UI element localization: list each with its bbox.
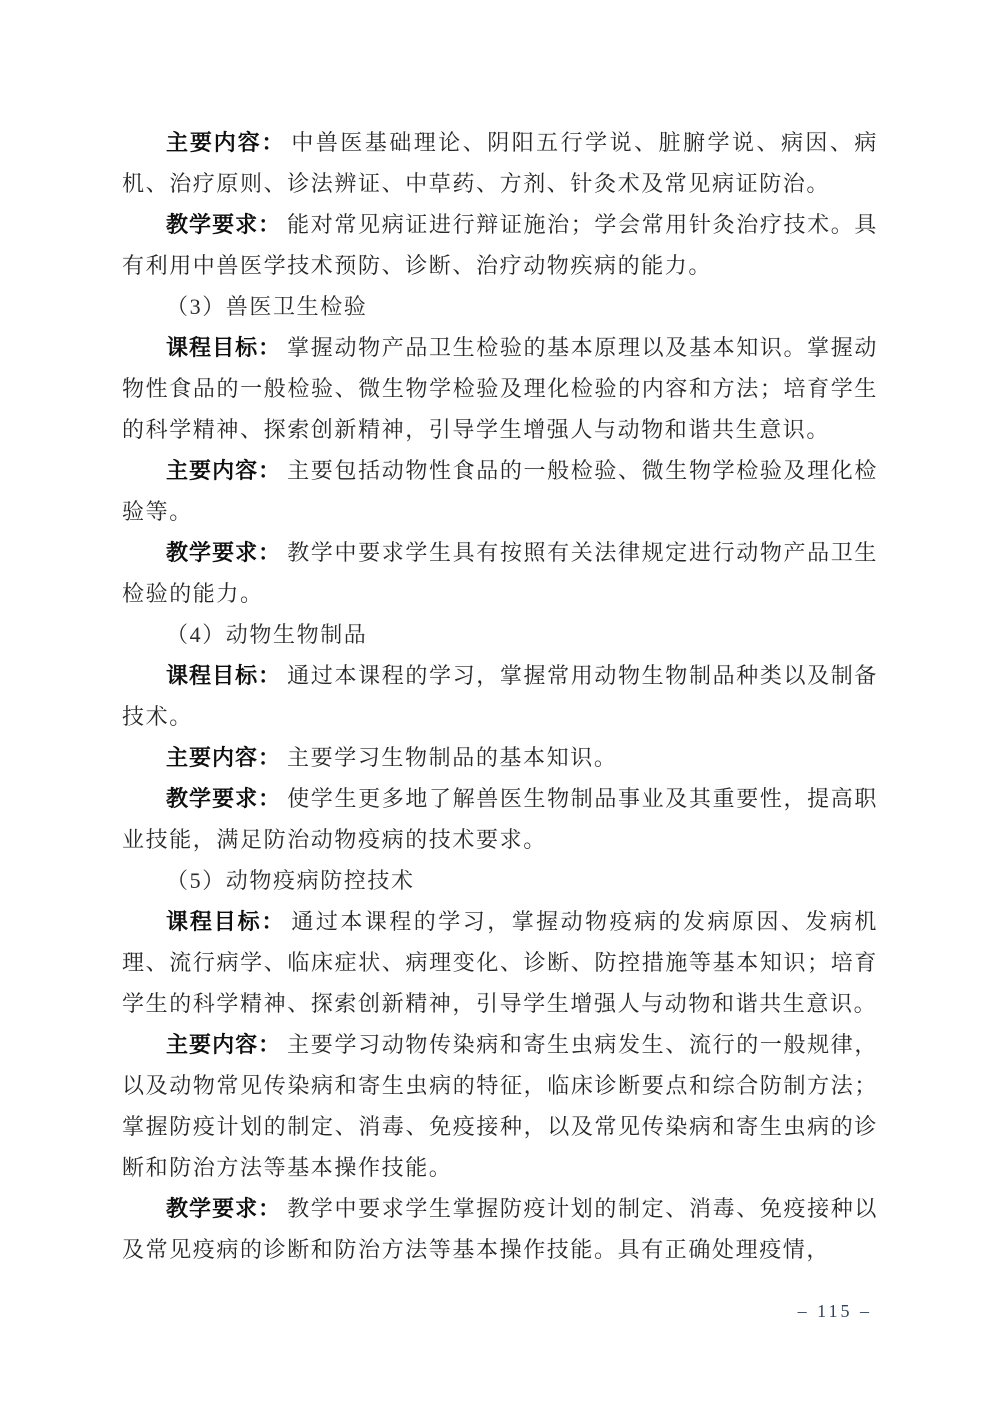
paragraph: 主要内容：主要包括动物性食品的一般检验、微生物学检验及理化检验等。 (122, 450, 878, 532)
paragraph: 课程目标：通过本课程的学习，掌握动物疫病的发病原因、发病机理、流行病学、临床症状… (122, 901, 878, 1024)
section-heading-text: （4）动物生物制品 (166, 622, 367, 647)
paragraph-label: 主要内容： (166, 458, 281, 483)
paragraph: 主要内容：中兽医基础理论、阴阳五行学说、脏腑学说、病因、病机、治疗原则、诊法辨证… (122, 122, 878, 204)
section-heading: （3）兽医卫生检验 (122, 286, 878, 327)
section-heading-text: （3）兽医卫生检验 (166, 294, 367, 319)
paragraph: 教学要求：教学中要求学生掌握防疫计划的制定、消毒、免疫接种以及常见疫病的诊断和防… (122, 1188, 878, 1270)
paragraph-label: 教学要求： (166, 212, 281, 237)
paragraph: 教学要求：教学中要求学生具有按照有关法律规定进行动物产品卫生检验的能力。 (122, 532, 878, 614)
paragraph-label: 课程目标： (166, 335, 281, 360)
paragraph-label: 主要内容： (166, 130, 285, 155)
document-page: 主要内容：中兽医基础理论、阴阳五行学说、脏腑学说、病因、病机、治疗原则、诊法辨证… (0, 0, 1000, 1414)
paragraph-label: 教学要求： (166, 1196, 281, 1221)
paragraph-label: 教学要求： (166, 786, 281, 811)
section-heading-text: （5）动物疫病防控技术 (166, 868, 415, 893)
paragraph-label: 主要内容： (166, 745, 281, 770)
paragraph-label: 主要内容： (166, 1032, 281, 1057)
paragraph: 课程目标：通过本课程的学习，掌握常用动物生物制品种类以及制备技术。 (122, 655, 878, 737)
paragraph-label: 课程目标： (166, 663, 281, 688)
paragraph: 教学要求：能对常见病证进行辩证施治；学会常用针灸治疗技术。具有利用中兽医学技术预… (122, 204, 878, 286)
section-heading: （5）动物疫病防控技术 (122, 860, 878, 901)
paragraph: 教学要求：使学生更多地了解兽医生物制品事业及其重要性，提高职业技能，满足防治动物… (122, 778, 878, 860)
paragraph-text: 主要学习生物制品的基本知识。 (287, 745, 617, 770)
paragraph-label: 课程目标： (166, 909, 285, 934)
section-heading: （4）动物生物制品 (122, 614, 878, 655)
document-body: 主要内容：中兽医基础理论、阴阳五行学说、脏腑学说、病因、病机、治疗原则、诊法辨证… (122, 122, 878, 1270)
paragraph: 主要内容：主要学习动物传染病和寄生虫病发生、流行的一般规律，以及动物常见传染病和… (122, 1024, 878, 1188)
paragraph: 课程目标：掌握动物产品卫生检验的基本原理以及基本知识。掌握动物性食品的一般检验、… (122, 327, 878, 450)
page-number: – 115 – (798, 1301, 872, 1321)
paragraph: 主要内容：主要学习生物制品的基本知识。 (122, 737, 878, 778)
paragraph-label: 教学要求： (166, 540, 281, 565)
page-footer: – 115 – (798, 1301, 872, 1322)
